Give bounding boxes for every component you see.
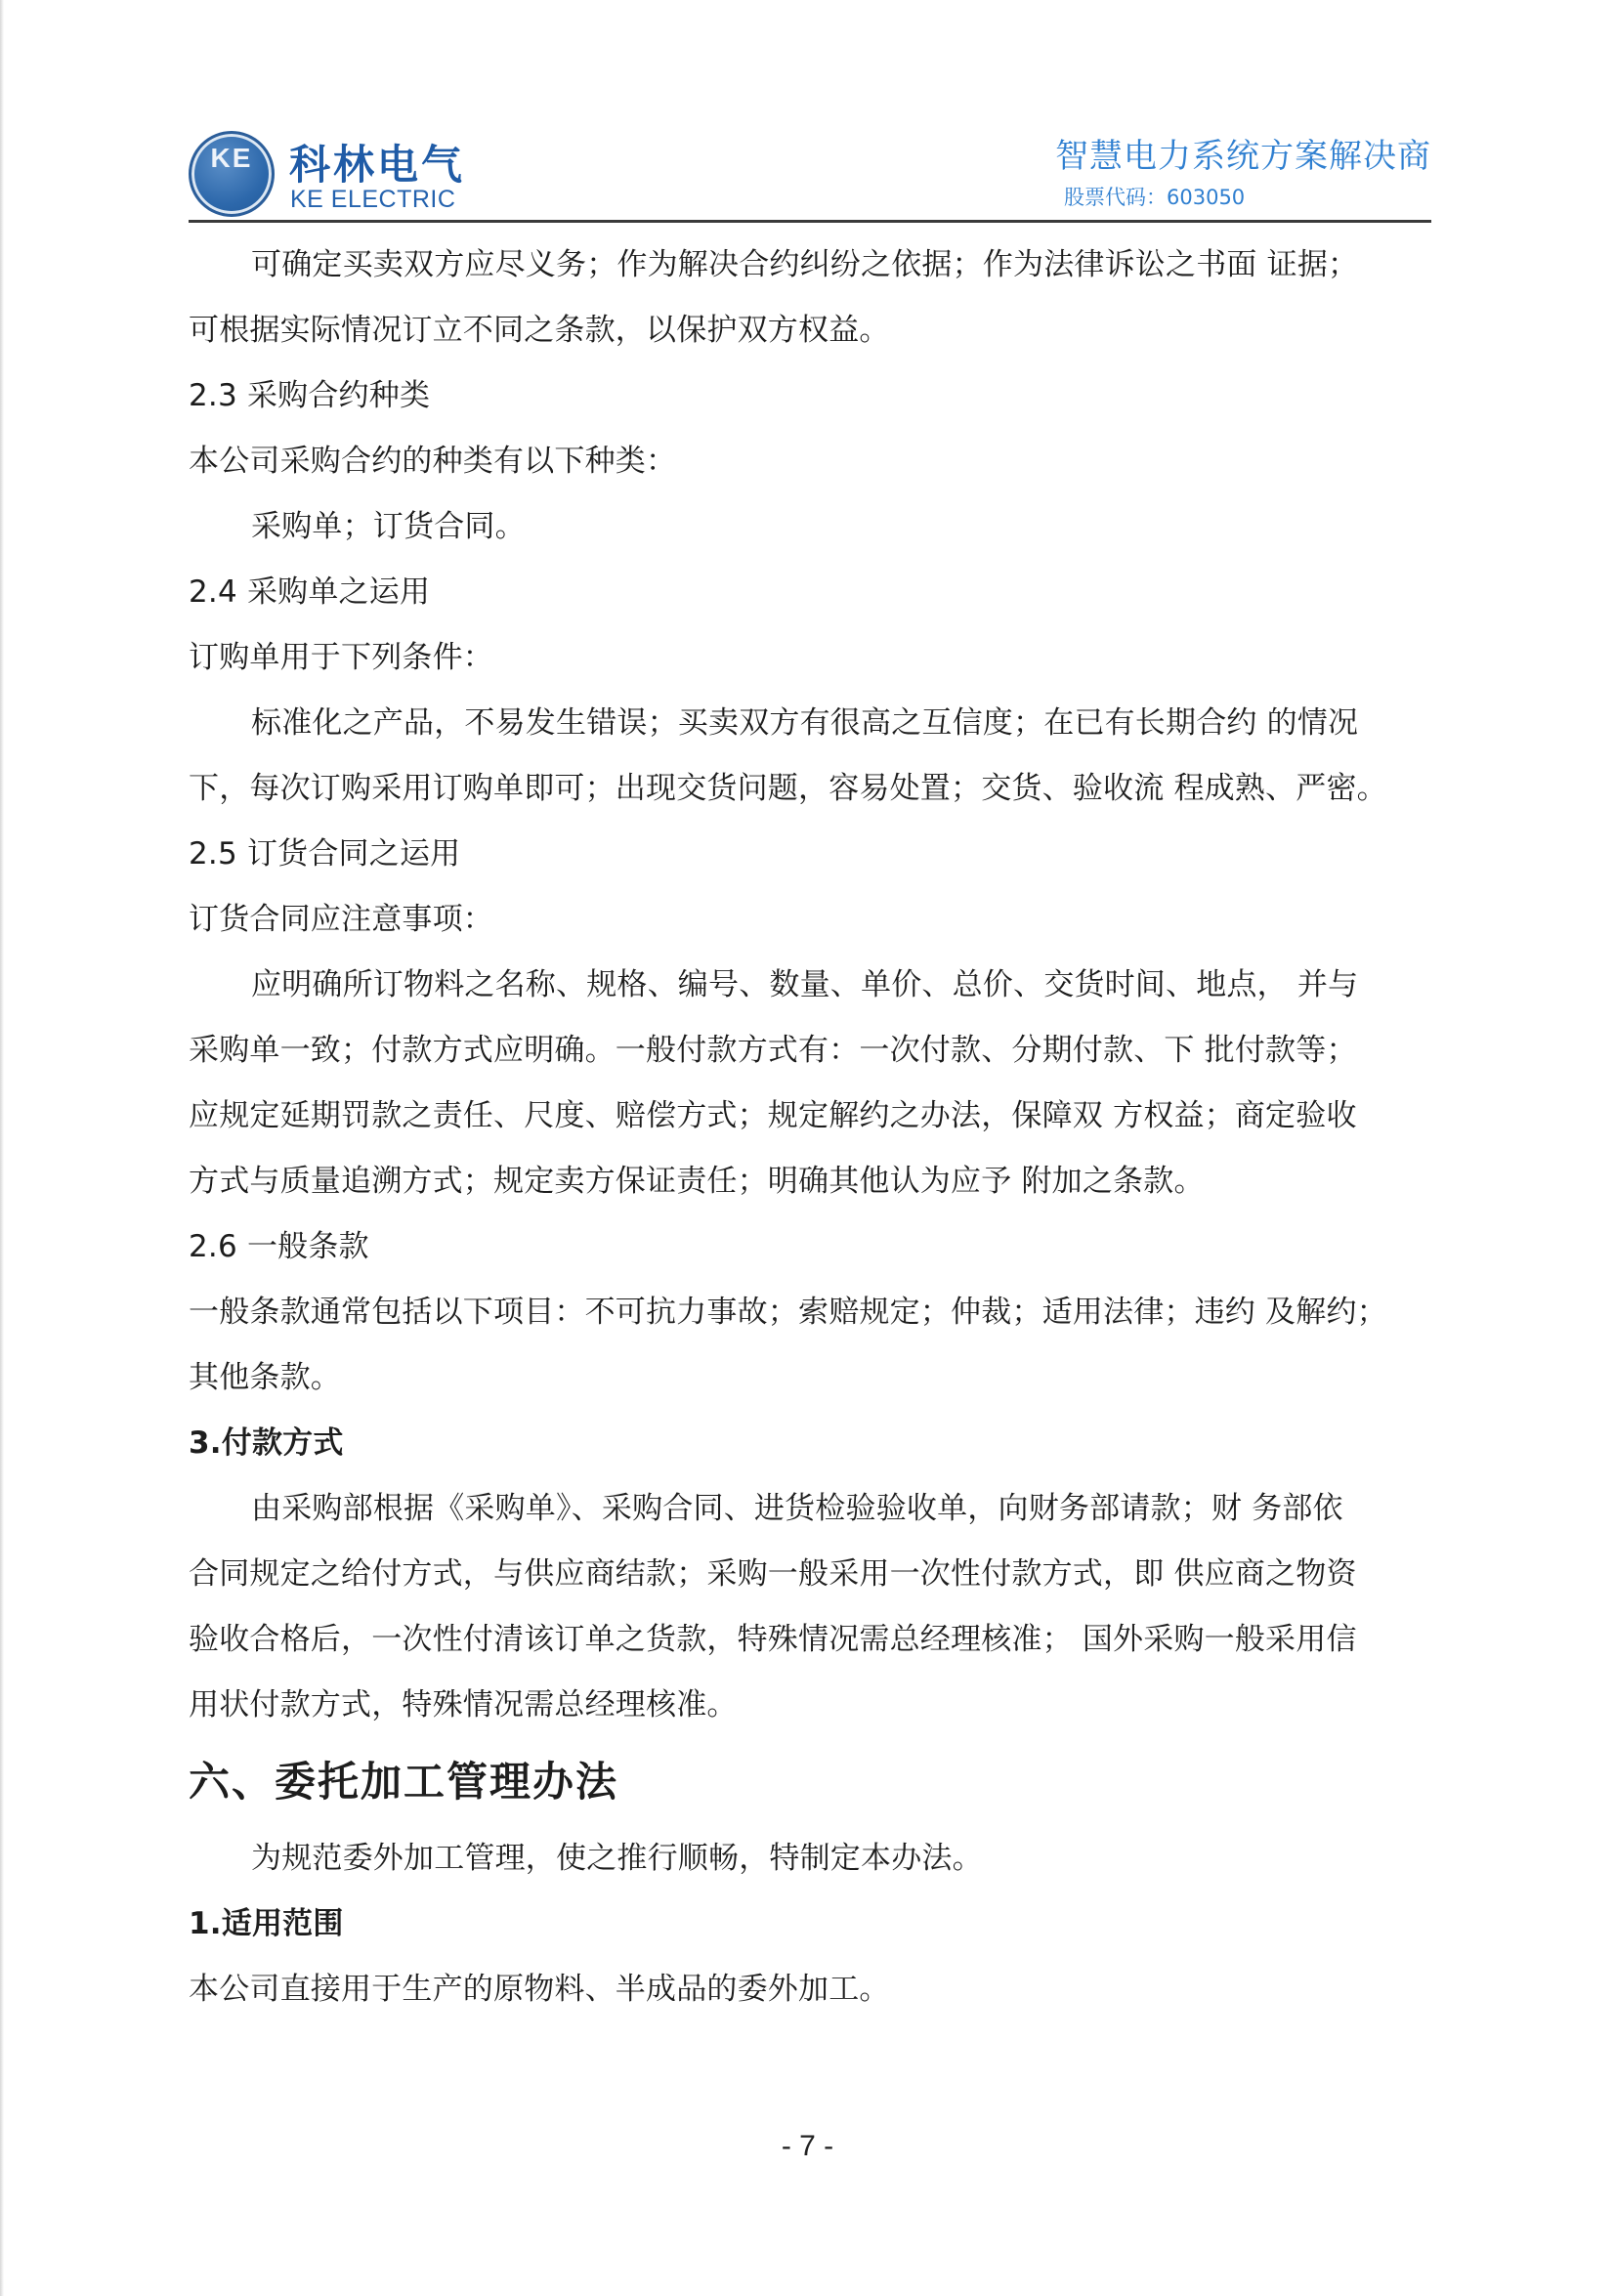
section-heading-3: 3.付款方式 [189, 1411, 1431, 1476]
paragraph-line: 应明确所订物料之名称、规格、编号、数量、单价、总价、交货时间、地点， 并与 [189, 953, 1431, 1018]
section-heading-2-3: 2.3 采购合约种类 [189, 363, 1431, 429]
paragraph-line: 本公司直接用于生产的原物料、半成品的委外加工。 [189, 1957, 1431, 2022]
paragraph-line: 为规范委外加工管理，使之推行顺畅，特制定本办法。 [189, 1826, 1431, 1892]
section-heading-1: 1.适用范围 [189, 1892, 1431, 1957]
document-body: 可确定买卖双方应尽义务；作为解决合约纠纷之依据；作为法律诉讼之书面 证据； 可根… [189, 233, 1431, 2022]
section-heading-2-4: 2.4 采购单之运用 [189, 560, 1431, 625]
paragraph-line: 验收合格后，一次性付清该订单之货款，特殊情况需总经理核准； 国外采购一般采用信 [189, 1607, 1431, 1673]
header-divider [189, 220, 1431, 223]
page-header: KE 科林电气 KE ELECTRIC 智慧电力系统方案解决商 股票代码：603… [189, 117, 1431, 221]
scan-edge-shadow [0, 0, 4, 2296]
paragraph-line: 下，每次订购采用订购单即可；出现交货问题，容易处置；交货、验收流 程成熟、严密。 [189, 756, 1431, 822]
paragraph-line: 合同规定之给付方式，与供应商结款；采购一般采用一次性付款方式，即 供应商之物资 [189, 1542, 1431, 1607]
section-heading-2-5: 2.5 订货合同之运用 [189, 822, 1431, 887]
paragraph-line: 其他条款。 [189, 1345, 1431, 1411]
stock-code: 股票代码：603050 [1064, 182, 1245, 211]
brand-name-en: KE ELECTRIC [290, 186, 455, 214]
paragraph-line: 方式与质量追溯方式；规定卖方保证责任；明确其他认为应予 附加之条款。 [189, 1149, 1431, 1214]
paragraph-line: 本公司采购合约的种类有以下种类： [189, 429, 1431, 494]
paragraph-line: 由采购部根据《采购单》、采购合同、进货检验验收单，向财务部请款；财 务部依 [189, 1476, 1431, 1542]
paragraph-line: 用状付款方式，特殊情况需总经理核准。 [189, 1673, 1431, 1738]
brand-name-cn: 科林电气 [289, 133, 465, 191]
section-heading-2-6: 2.6 一般条款 [189, 1214, 1431, 1280]
chapter-heading-6: 六、委托加工管理办法 [189, 1738, 1431, 1826]
paragraph-line: 可确定买卖双方应尽义务；作为解决合约纠纷之依据；作为法律诉讼之书面 证据； [189, 233, 1431, 298]
paragraph-line: 订货合同应注意事项： [189, 887, 1431, 953]
paragraph-line: 采购单；订货合同。 [189, 494, 1431, 560]
paragraph-line: 可根据实际情况订立不同之条款，以保护双方权益。 [189, 298, 1431, 363]
page-number: - 7 - [0, 2130, 1615, 2163]
company-slogan: 智慧电力系统方案解决商 [1055, 129, 1431, 177]
paragraph-line: 标准化之产品，不易发生错误；买卖双方有很高之互信度；在已有长期合约 的情况 [189, 691, 1431, 756]
paragraph-line: 订购单用于下列条件： [189, 625, 1431, 691]
paragraph-line: 一般条款通常包括以下项目：不可抗力事故；索赔规定；仲裁；适用法律；违约 及解约； [189, 1280, 1431, 1345]
logo-text: KE [189, 143, 275, 174]
paragraph-line: 采购单一致；付款方式应明确。一般付款方式有：一次付款、分期付款、下 批付款等； [189, 1018, 1431, 1084]
paragraph-line: 应规定延期罚款之责任、尺度、赔偿方式；规定解约之办法，保障双 方权益；商定验收 [189, 1084, 1431, 1149]
